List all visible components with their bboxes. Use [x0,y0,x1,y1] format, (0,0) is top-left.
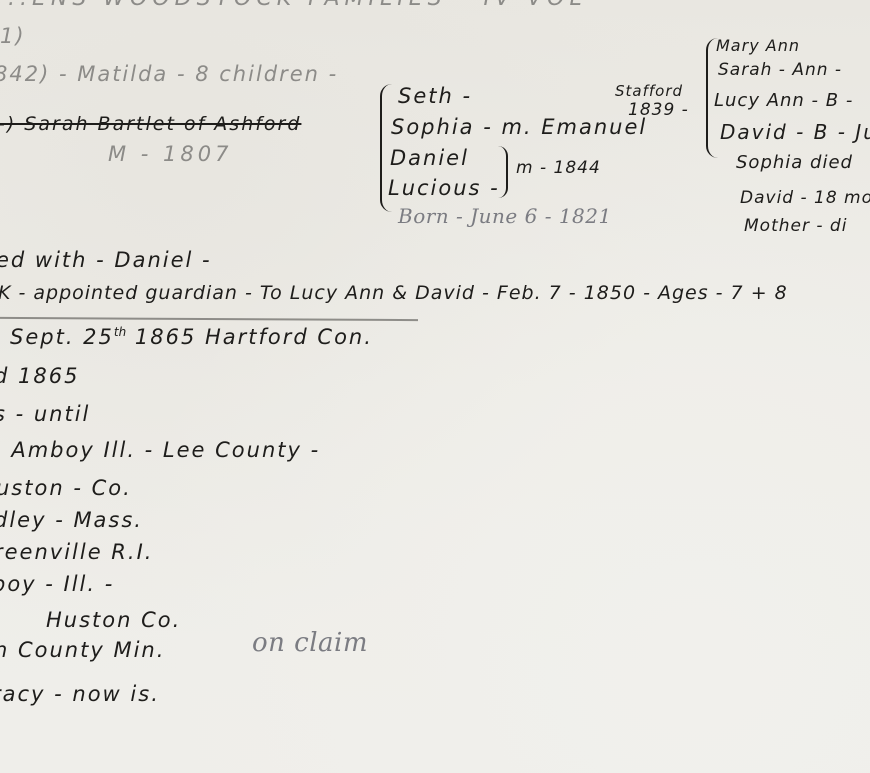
paper-page: ...ENS WOODSTOCK FAMILIES - IV VOL - 1) … [0,0,870,773]
body-line-1865: d 1865 [0,364,79,388]
body-line-huston-co: Huston Co. [46,608,181,632]
body-line-1: ed with - Daniel - [0,248,212,272]
parent-line: 842) - Matilda - 8 children - [0,62,338,86]
sept-sup: th [114,325,126,339]
children-marriage-note: m - 1844 [516,158,601,178]
body-line-mass: dley - Mass. [0,508,143,532]
stafford-year: 1839 - [628,100,689,120]
body-line-county-min: n County Min. [0,638,165,662]
grandchild-lucy-ann: Lucy Ann - B - [714,90,853,111]
child-daniel: Daniel [390,146,469,170]
marriage-note: M - 1807 [108,142,233,166]
child-seth: Seth - [398,84,472,108]
body-line-amboy-ill: boy - Ill. - [0,572,114,596]
divider-rule [0,317,418,321]
spouse-line: -) Sarah Bartlet of Ashford [0,113,301,135]
body-line-guardian: K - appointed guardian - To Lucy Ann & D… [0,282,788,304]
grandchild-david: David - B - Ju [720,120,870,144]
body-line-now-is: racy - now is. [0,682,160,706]
sept-date: Sept. 25 [10,325,114,349]
note-david-18mo: David - 18 mo [740,188,870,208]
daniel-lucious-brace [496,146,508,198]
sept-place: 1865 Hartford Con. [126,325,373,349]
grandchild-mary-ann: Mary Ann [716,36,800,55]
body-line-amboy: . Amboy Ill. - Lee County - [0,438,320,462]
note-mother-died: Mother - di [744,216,847,236]
header-line: ...ENS WOODSTOCK FAMILIES - IV VOL - [0,0,612,11]
stafford-place: Stafford [615,82,683,100]
body-line-huston: uston - Co. [0,476,132,500]
child-sophia: Sophia - m. Emanuel [391,115,647,139]
body-line-until: s - until [0,402,90,426]
grandchild-sarah-ann: Sarah - Ann - [718,60,842,80]
pencil-annotation: on claim [252,628,368,658]
header-line-2: 1) [0,24,26,48]
body-line-greenville: reenville R.I. [0,540,153,564]
born-note: Born - June 6 - 1821 [398,204,612,228]
body-line-sept: Sept. 25th 1865 Hartford Con. [10,325,373,349]
note-sophia-died: Sophia died [736,152,853,173]
child-lucious: Lucious - [388,176,500,200]
